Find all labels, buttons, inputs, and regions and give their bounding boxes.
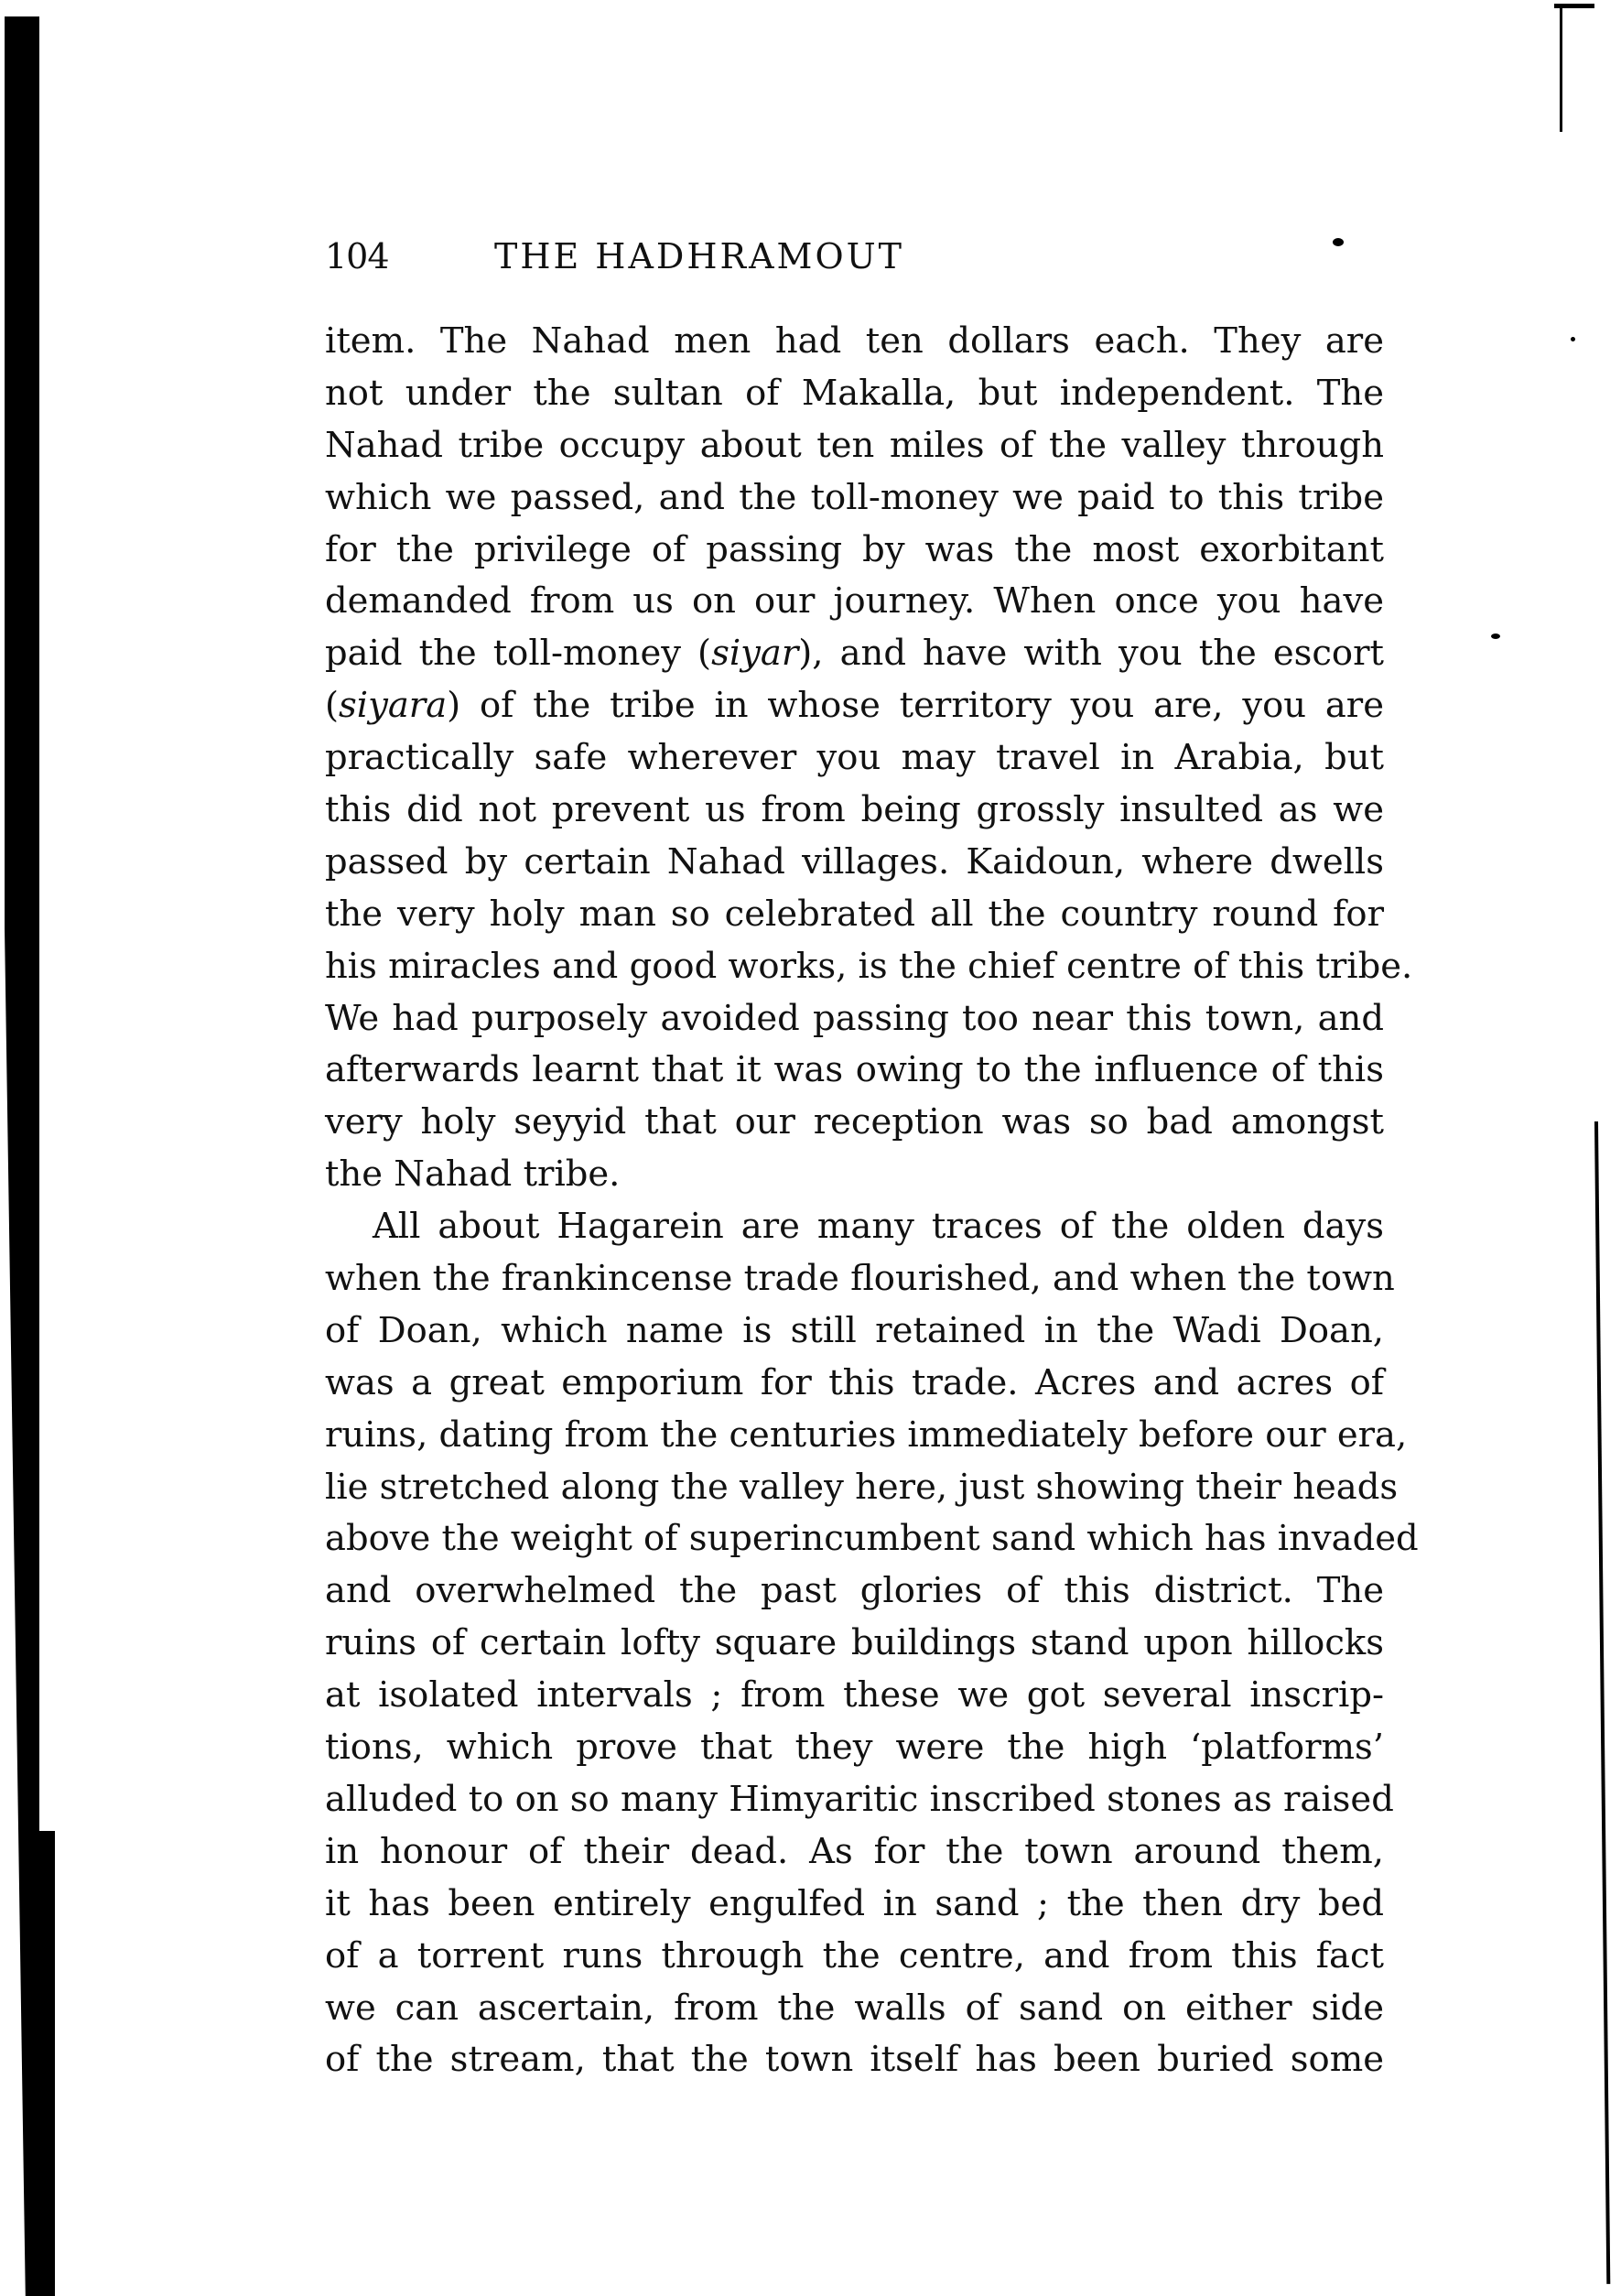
text-line: it has been entirely engulfed in sand ; … bbox=[325, 1879, 1384, 1931]
italic-term: siyar bbox=[711, 633, 798, 674]
paragraph-2: All about Hagarein are many traces of th… bbox=[325, 1201, 1384, 2086]
text-line: passed by certain Nahad villages. Kaidou… bbox=[325, 837, 1384, 889]
text-line: Nahad tribe occupy about ten miles of th… bbox=[325, 420, 1384, 472]
scanned-book-page: 104 THE HADHRAMOUT item. The Nahad men h… bbox=[0, 0, 1621, 2296]
text-line: We had purposely avoided passing too nea… bbox=[325, 993, 1384, 1045]
text-line: demanded from us on our journey. When on… bbox=[325, 576, 1384, 628]
text-line: we can ascertain, from the walls of sand… bbox=[325, 1983, 1384, 2035]
text-line: All about Hagarein are many traces of th… bbox=[325, 1201, 1384, 1253]
text-line: very holy seyyid that our reception was … bbox=[325, 1097, 1384, 1149]
italic-term: siyara bbox=[339, 685, 447, 726]
running-title: THE HADHRAMOUT bbox=[494, 236, 904, 276]
ink-speck bbox=[1491, 634, 1500, 639]
text-line: paid the toll-money (siyar), and have wi… bbox=[325, 628, 1384, 680]
text-line: (siyara) of the tribe in whose territory… bbox=[325, 680, 1384, 732]
paragraph-1: item. The Nahad men had ten dollars each… bbox=[325, 316, 1384, 1201]
text-line: ruins, dating from the centuries immedia… bbox=[325, 1410, 1384, 1462]
binding-shadow-strip-lower bbox=[26, 1831, 55, 2296]
text-line: of Doan, which name is still retained in… bbox=[325, 1305, 1384, 1358]
text-line: practically safe wherever you may travel… bbox=[325, 732, 1384, 785]
text-line: which we passed, and the toll-money we p… bbox=[325, 472, 1384, 525]
text-line: item. The Nahad men had ten dollars each… bbox=[325, 316, 1384, 368]
text-line: was a great emporium for this trade. Acr… bbox=[325, 1358, 1384, 1410]
text-line: at isolated intervals ; from these we go… bbox=[325, 1670, 1384, 1722]
text-line: above the weight of superincumbent sand … bbox=[325, 1513, 1384, 1565]
text-line: not under the sultan of Makalla, but ind… bbox=[325, 368, 1384, 420]
ink-speck bbox=[1571, 337, 1575, 341]
text-line: for the privilege of passing by was the … bbox=[325, 525, 1384, 577]
text-line: afterwards learnt that it was owing to t… bbox=[325, 1045, 1384, 1097]
text-line: and overwhelmed the past glories of this… bbox=[325, 1565, 1384, 1618]
page-edge-line bbox=[1560, 4, 1562, 132]
text-line: of a torrent runs through the centre, an… bbox=[325, 1931, 1384, 1983]
text-line: when the frankincense trade flourished, … bbox=[325, 1253, 1384, 1305]
page-number: 104 bbox=[325, 236, 389, 276]
text-line: ruins of certain lofty square buildings … bbox=[325, 1618, 1384, 1670]
body-text: item. The Nahad men had ten dollars each… bbox=[325, 316, 1384, 2086]
page-header: 104 THE HADHRAMOUT bbox=[325, 236, 1387, 282]
text-line: the Nahad tribe. bbox=[325, 1149, 1384, 1201]
text-line: his miracles and good works, is the chie… bbox=[325, 941, 1384, 993]
text-line: alluded to on so many Himyaritic inscrib… bbox=[325, 1774, 1384, 1826]
text-line: this did not prevent us from being gross… bbox=[325, 785, 1384, 837]
page-edge-line-right bbox=[1594, 1121, 1610, 2284]
text-line: of the stream, that the town itself has … bbox=[325, 2034, 1384, 2086]
text-line: in honour of their dead. As for the town… bbox=[325, 1826, 1384, 1879]
text-line: the very holy man so celebrated all the … bbox=[325, 889, 1384, 941]
text-line: tions, which prove that they were the hi… bbox=[325, 1722, 1384, 1774]
text-line: lie stretched along the valley here, jus… bbox=[325, 1462, 1384, 1514]
